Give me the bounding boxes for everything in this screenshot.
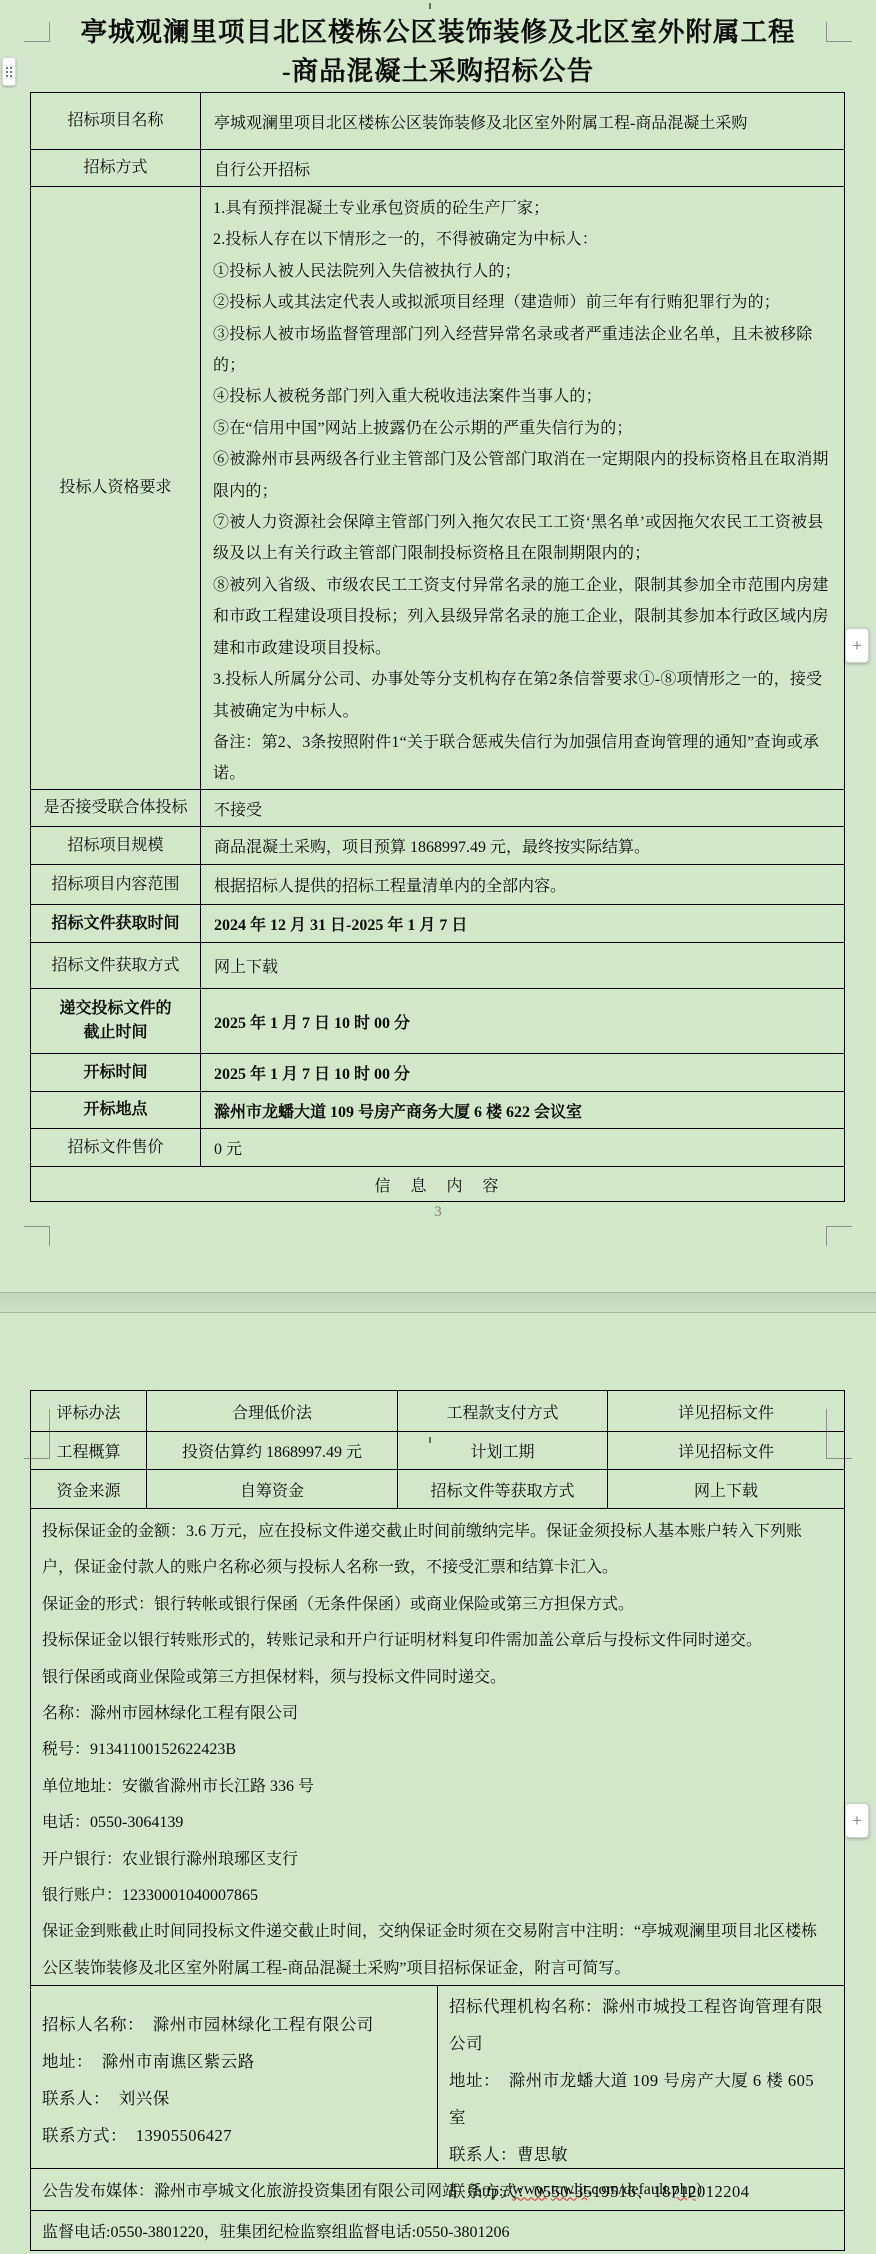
table-row-scale: 招标项目规模 商品混凝土采购，项目预算 1868997.49 元，最终按实际结算… xyxy=(31,826,844,864)
deposit-paragraph: 银行保函或商业保险或第三方担保材料，须与投标文件同时递交。 xyxy=(42,1660,832,1696)
row-label: 递交投标文件的 截止时间 xyxy=(31,989,201,1053)
grip-dots-icon xyxy=(6,67,12,77)
floating-plus-button[interactable]: + xyxy=(845,1803,869,1838)
table-row: 评标办法 合理低价法 工程款支付方式 详见招标文件 xyxy=(31,1391,844,1431)
table-row-doc-price: 招标文件售价 0 元 xyxy=(31,1128,844,1166)
row-value: 网上下载 xyxy=(201,943,844,988)
page-separator xyxy=(0,1292,876,1313)
row-label: 招标项目内容范围 xyxy=(31,865,201,904)
media-url-segment: www xyxy=(512,2181,547,2199)
agency-contact: 联系人：曹思敏 xyxy=(449,2136,834,2173)
tenderer-contact: 联系人： 刘兴保 xyxy=(42,2080,429,2117)
table-row: 工程概算 投资估算约 1868997.49 元 计划工期 详见招标文件 xyxy=(31,1431,844,1469)
header-cell: 计划工期 xyxy=(398,1432,608,1469)
row-label: 开标地点 xyxy=(31,1092,201,1128)
row-label: 招标项目规模 xyxy=(31,827,201,864)
qualification-line: ④投标人被税务部门列入重大税收违法案件当事人的； xyxy=(213,381,834,412)
table-row-deadline: 递交投标文件的 截止时间 2025 年 1 月 7 日 10 时 00 分 xyxy=(31,988,844,1053)
header-cell: 评标办法 xyxy=(31,1391,147,1431)
table-row-project-name: 招标项目名称 亭城观澜里项目北区楼栋公区装饰装修及北区室外附属工程-商品混凝土采… xyxy=(31,93,844,149)
deposit-bank: 开户银行：农业银行滁州琅琊区支行 xyxy=(42,1842,832,1878)
header-cell: 工程款支付方式 xyxy=(398,1391,608,1431)
row-value: 亭城观澜里项目北区楼栋公区装饰装修及北区室外附属工程-商品混凝土采购 xyxy=(201,93,844,149)
media-text: 公告发布媒体：滁州市亭城文化旅游投资集团有限公司网站（http:// xyxy=(42,2178,512,2201)
document-page-1: 亭城观澜里项目北区楼栋公区装饰装修及北区室外附属工程 -商品混凝土采购招标公告 … xyxy=(0,0,876,1292)
table-row-scope: 招标项目内容范围 根据招标人提供的招标工程量清单内的全部内容。 xyxy=(31,864,844,904)
agency-info-cell: 招标代理机构名称：滁州市城投工程咨询管理有限公司 地址： 滁州市龙蟠大道 109… xyxy=(438,1986,844,2168)
text-boundary-mark xyxy=(24,1226,50,1246)
header-cell: 工程概算 xyxy=(31,1432,147,1469)
tenderer-address: 地址： 滁州市南谯区紫云路 xyxy=(42,2043,429,2080)
deposit-address: 单位地址：安徽省滁州市长江路 336 号 xyxy=(42,1769,832,1805)
qualification-line: 1.具有预拌混凝土专业承包资质的砼生产厂家； xyxy=(213,193,834,224)
header-cell: 网上下载 xyxy=(608,1470,844,1508)
page-number: 3 xyxy=(0,1204,876,1221)
row-value: 2025 年 1 月 7 日 10 时 00 分 xyxy=(201,1054,844,1091)
row-label: 招标方式 xyxy=(31,150,201,186)
title-line-2: -商品混凝土采购招标公告 xyxy=(0,52,876,91)
header-cell: 投资估算约 1868997.49 元 xyxy=(147,1432,398,1469)
row-label: 招标文件获取方式 xyxy=(31,943,201,988)
qualification-line: ⑦被人力资源社会保障主管部门列入拖欠农民工工资‘黑名单’或因拖欠农民工工资被县级… xyxy=(213,507,834,570)
floating-plus-button[interactable]: + xyxy=(845,628,869,663)
tenderer-info-cell: 招标人名称： 滁州市园林绿化工程有限公司 地址： 滁州市南谯区紫云路 联系人： … xyxy=(31,1986,438,2168)
row-label: 投标人资格要求 xyxy=(31,187,201,789)
qualification-line: 备注：第2、3条按照附件1“关于联合惩戒失信行为加强信用查询管理的通知”查询或承… xyxy=(213,727,834,790)
bid-info-table: 招标项目名称 亭城观澜里项目北区楼栋公区装饰装修及北区室外附属工程-商品混凝土采… xyxy=(30,92,845,1202)
media-url-segment: php xyxy=(672,2181,696,2199)
page-title: 亭城观澜里项目北区楼栋公区装饰装修及北区室外附属工程 -商品混凝土采购招标公告 xyxy=(0,13,876,91)
label-line: 截止时间 xyxy=(83,1021,147,1045)
qualification-line: 3.投标人所属分公司、办事处等分支机构存在第2条信誉要求①-⑧项情形之一的，接受… xyxy=(213,664,834,727)
info-content-header: 信 息 内 容 xyxy=(31,1167,844,1201)
row-label: 招标项目名称 xyxy=(31,93,201,149)
row-value: 不接受 xyxy=(201,790,844,826)
deposit-instructions-cell: 投标保证金的金额：3.6 万元，应在投标文件递交截止时间前缴纳完毕。保证金须投标… xyxy=(31,1508,844,1985)
table-row-open-place: 开标地点 滁州市龙蟠大道 109 号房产商务大厦 6 楼 622 会议室 xyxy=(31,1091,844,1128)
bid-detail-table: 评标办法 合理低价法 工程款支付方式 详见招标文件 工程概算 投资估算约 186… xyxy=(30,1390,845,2251)
row-value: 商品混凝土采购，项目预算 1868997.49 元，最终按实际结算。 xyxy=(201,827,844,864)
agency-address: 地址： 滁州市龙蟠大道 109 号房产大厦 6 楼 605 室 xyxy=(449,2062,834,2136)
table-row-qualification: 投标人资格要求 1.具有预拌混凝土专业承包资质的砼生产厂家； 2.投标人存在以下… xyxy=(31,186,844,789)
deposit-paragraph: 投标保证金以银行转账形式的，转账记录和开户行证明材料复印件需加盖公章后与投标文件… xyxy=(42,1623,832,1659)
supervision-phone-text: 监督电话:0550-3801220，驻集团纪检监察组监督电话:0550-3801… xyxy=(42,2219,510,2242)
tenderer-name: 招标人名称： 滁州市园林绿化工程有限公司 xyxy=(42,2006,429,2043)
tenderer-phone: 联系方式： 13905506427 xyxy=(42,2117,429,2154)
row-value: 2024 年 12 月 31 日-2025 年 1 月 7 日 xyxy=(201,905,844,942)
contact-row: 招标人名称： 滁州市园林绿化工程有限公司 地址： 滁州市南谯区紫云路 联系人： … xyxy=(31,1985,844,2168)
qualification-line: ②投标人或其法定代表人或拟派项目经理（建造师）前三年有行贿犯罪行为的； xyxy=(213,287,834,318)
document-page-2: 评标办法 合理低价法 工程款支付方式 详见招标文件 工程概算 投资估算约 186… xyxy=(0,1313,876,2254)
row-value: 自行公开招标 xyxy=(201,150,844,186)
qualification-line: ③投标人被市场监督管理部门列入经营异常名录或者严重违法企业名单，且未被移除的； xyxy=(213,319,834,382)
row-label: 是否接受联合体投标 xyxy=(31,790,201,826)
title-line-1: 亭城观澜里项目北区楼栋公区装饰装修及北区室外附属工程 xyxy=(0,13,876,52)
table-row-method: 招标方式 自行公开招标 xyxy=(31,149,844,186)
media-text: com/default. xyxy=(591,2181,671,2199)
header-cell: 详见招标文件 xyxy=(608,1391,844,1431)
row-label: 开标时间 xyxy=(31,1054,201,1091)
row-value: 滁州市龙蟠大道 109 号房产商务大厦 6 楼 622 会议室 xyxy=(201,1092,844,1128)
deposit-paragraph: 保证金到账截止时间同投标文件递交截止时间，交纳保证金时须在交易附言中注明：“亭城… xyxy=(42,1914,832,1985)
header-cell: 自筹资金 xyxy=(147,1470,398,1508)
row-value: 1.具有预拌混凝土专业承包资质的砼生产厂家； 2.投标人存在以下情形之一的，不得… xyxy=(201,187,844,790)
qualification-line: ⑥被滁州市县两级各行业主管部门及公管部门取消在一定期限内的投标资格且在取消期限内… xyxy=(213,444,834,507)
table-row-info-header: 信 息 内 容 xyxy=(31,1166,844,1201)
qualification-line: 2.投标人存在以下情形之一的，不得被确定为中标人： xyxy=(213,224,834,255)
table-row-doc-method: 招标文件获取方式 网上下载 xyxy=(31,942,844,988)
header-cell: 详见招标文件 xyxy=(608,1432,844,1469)
row-value: 2025 年 1 月 7 日 10 时 00 分 xyxy=(201,989,844,1053)
deposit-phone: 电话：0550-3064139 xyxy=(42,1805,832,1841)
text-boundary-mark xyxy=(826,1226,852,1246)
media-url-segment: tcwljt xyxy=(551,2181,587,2199)
deposit-account-name: 名称：滁州市园林绿化工程有限公司 xyxy=(42,1696,832,1732)
cursor-position-mark xyxy=(429,3,431,9)
table-row-consortium: 是否接受联合体投标 不接受 xyxy=(31,789,844,826)
table-drag-handle-icon[interactable] xyxy=(2,57,16,86)
header-cell: 招标文件等获取方式 xyxy=(398,1470,608,1508)
label-line: 递交投标文件的 xyxy=(59,997,171,1021)
deposit-paragraph: 保证金的形式：银行转帐或银行保函（无条件保函）或商业保险或第三方担保方式。 xyxy=(42,1587,832,1623)
agency-name: 招标代理机构名称：滁州市城投工程咨询管理有限公司 xyxy=(449,1988,834,2062)
table-row: 资金来源 自筹资金 招标文件等获取方式 网上下载 xyxy=(31,1469,844,1508)
qualification-line: ⑧被列入省级、市级农民工工资支付异常名录的施工企业，限制其参加全市范围内房建和市… xyxy=(213,570,834,664)
media-text: ） xyxy=(696,2178,712,2201)
deposit-bank-account: 银行账户：12330001040007865 xyxy=(42,1878,832,1914)
row-value: 根据招标人提供的招标工程量清单内的全部内容。 xyxy=(201,865,844,904)
deposit-paragraph: 投标保证金的金额：3.6 万元，应在投标文件递交截止时间前缴纳完毕。保证金须投标… xyxy=(42,1514,832,1587)
qualification-line: ①投标人被人民法院列入失信被执行人的； xyxy=(213,256,834,287)
row-label: 招标文件售价 xyxy=(31,1129,201,1166)
supervision-phone-row: 监督电话:0550-3801220，驻集团纪检监察组监督电话:0550-3801… xyxy=(31,2210,844,2250)
table-row-open-time: 开标时间 2025 年 1 月 7 日 10 时 00 分 xyxy=(31,1053,844,1091)
header-cell: 资金来源 xyxy=(31,1470,147,1508)
table-row-doc-time: 招标文件获取时间 2024 年 12 月 31 日-2025 年 1 月 7 日 xyxy=(31,904,844,942)
deposit-tax-id: 税号：91341100152622423B xyxy=(42,1732,832,1768)
row-label: 招标文件获取时间 xyxy=(31,905,201,942)
header-cell: 合理低价法 xyxy=(147,1391,398,1431)
qualification-line: ⑤在“信用中国”网站上披露仍在公示期的严重失信行为的； xyxy=(213,413,834,444)
row-value: 0 元 xyxy=(201,1129,844,1166)
